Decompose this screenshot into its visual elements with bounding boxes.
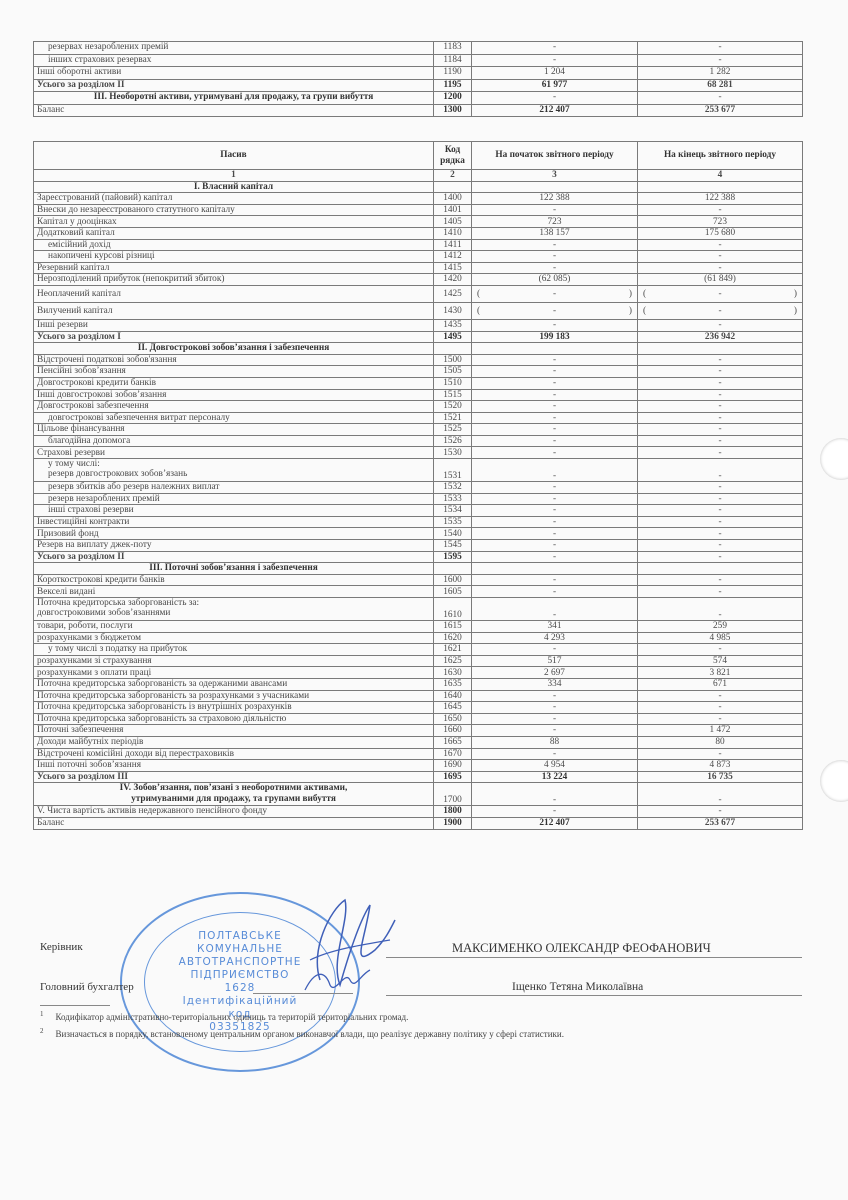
table-row: Довгострокові забезпечення1520-- [34,401,803,413]
value-end: - [638,354,803,366]
value-start: - [472,551,638,563]
column-number: 3 [472,170,638,182]
row-code: 1405 [434,216,472,228]
value-start: (62 085) [472,274,638,286]
value-start: - [472,505,638,517]
value-start [472,343,638,355]
row-code: 1650 [434,713,472,725]
value-end: - [638,713,803,725]
value-end: - [638,516,803,528]
value-start: 1 204 [472,67,638,80]
value-start: - [472,493,638,505]
table-row: у тому числі з податку на прибуток1621-- [34,644,803,656]
footnote-text: Кодифікатор адміністративно-територіальн… [56,1012,409,1022]
value-start: (-) [472,302,638,319]
table-row: Резервний капітал1415-- [34,262,803,274]
row-code: 1660 [434,725,472,737]
row-code: 1200 [434,92,472,105]
value-end: - [638,690,803,702]
row-label: резерв незароблених премій [34,493,434,505]
value-end: - [638,251,803,263]
table-row: Відстрочені податкові зобов'язання1500-- [34,354,803,366]
table-row: Пенсійні зобов’язання1505-- [34,366,803,378]
signature-line [386,957,802,958]
punch-hole [820,760,848,802]
table-row: розрахунками з бюджетом16204 2934 985 [34,632,803,644]
value-start: - [472,262,638,274]
row-label: Поточна кредиторська заборгованість із в… [34,702,434,714]
row-code: 1530 [434,447,472,459]
table-row: накопичені курсові різниці1412-- [34,251,803,263]
column-number: 2 [434,170,472,182]
value-end: - [638,239,803,251]
row-code: 1435 [434,319,472,331]
row-code: 1610 [434,598,472,621]
table-row: Інші довгострокові зобов’язання1515-- [34,389,803,401]
table-row: Інші резерви1435-- [34,319,803,331]
row-code: 1665 [434,736,472,748]
value-start: - [472,377,638,389]
footnote-divider [40,1005,110,1006]
row-code: 1411 [434,239,472,251]
value-end: - [638,401,803,413]
value-start: - [472,354,638,366]
row-label: Баланс [34,104,434,117]
row-label: Усього за розділом II [34,551,434,563]
row-label: Поточна кредиторська заборгованість за р… [34,690,434,702]
value-end: - [638,540,803,552]
row-code: 1410 [434,227,472,239]
row-label: розрахунками з бюджетом [34,632,434,644]
value-end: 671 [638,678,803,690]
value-start: 517 [472,655,638,667]
row-label: Векселі видані [34,586,434,598]
row-code: 1195 [434,79,472,92]
value-start: - [472,586,638,598]
row-label: Цільове фінансування [34,424,434,436]
table-row: резерв збитків або резерв належних випла… [34,482,803,494]
value-end: - [638,493,803,505]
row-label: Інвестиційні контракти [34,516,434,528]
value-start: - [472,366,638,378]
table-row: III. Поточні зобов’язання і забезпечення [34,563,803,575]
row-label: Поточна кредиторська заборгованість за о… [34,678,434,690]
row-label: Поточна кредиторська заборгованість за:д… [34,598,434,621]
row-label: Інші поточні зобов’язання [34,760,434,772]
row-code [434,181,472,193]
table-row: Усього за розділом I1495199 183236 942 [34,331,803,343]
row-code: 1183 [434,42,472,55]
column-number: 1 [34,170,434,182]
table-row: інших страхових резервах1184-- [34,54,803,67]
row-label: Вилучений капітал [34,302,434,319]
table-row: резервах незароблених премій1183-- [34,42,803,55]
row-code [434,563,472,575]
row-code [434,343,472,355]
table-row: Поточна кредиторська заборгованість за:д… [34,598,803,621]
row-label: IV. Зобов’язання, пов’язані з необоротни… [34,783,434,806]
value-start: 341 [472,621,638,633]
value-start: 88 [472,736,638,748]
row-label: Поточна кредиторська заборгованість за с… [34,713,434,725]
value-end: 253 677 [638,104,803,117]
table-row: Страхові резерви1530-- [34,447,803,459]
section-heading: I. Власний капітал [34,181,434,193]
row-code: 1401 [434,204,472,216]
row-code: 1645 [434,702,472,714]
value-end [638,563,803,575]
value-end: 4 873 [638,760,803,772]
row-label: Усього за розділом I [34,331,434,343]
value-end: - [638,551,803,563]
value-end: (-) [638,285,803,302]
footnote-number: 1 [40,1010,44,1018]
table-row: Поточна кредиторська заборгованість за р… [34,690,803,702]
value-end: 122 388 [638,193,803,205]
row-label: емісійний дохід [34,239,434,251]
row-label: III. Необоротні активи, утримувані для п… [34,92,434,105]
row-code: 1690 [434,760,472,772]
row-label: розрахунками зі страхування [34,655,434,667]
footnote-number: 2 [40,1027,44,1035]
row-label: Усього за розділом III [34,771,434,783]
row-code: 1620 [434,632,472,644]
value-start: - [472,528,638,540]
value-start: - [472,447,638,459]
value-start: - [472,702,638,714]
table-row: у тому числі:резерв довгострокових зобов… [34,459,803,482]
row-label: Страхові резерви [34,447,434,459]
row-label: Довгострокові кредити банків [34,377,434,389]
column-number-row: 1 2 3 4 [34,170,803,182]
value-start: - [472,713,638,725]
section-heading: III. Поточні зобов’язання і забезпечення [34,563,434,575]
value-start: - [472,459,638,482]
head-name: МАКСИМЕНКО ОЛЕКСАНДР ФЕОФАНОВИЧ [452,941,711,956]
accountant-label: Головний бухгалтер [40,981,134,993]
value-end: - [638,435,803,447]
row-code: 1430 [434,302,472,319]
value-end: - [638,262,803,274]
table-row: V. Чиста вартість активів недержавного п… [34,806,803,818]
value-end: - [638,92,803,105]
value-start: - [472,319,638,331]
row-code: 1540 [434,528,472,540]
header-code: Код рядка [434,142,472,170]
value-end: - [638,459,803,482]
row-code: 1695 [434,771,472,783]
table-row: резерв незароблених премій1533-- [34,493,803,505]
value-end: - [638,389,803,401]
value-end: - [638,42,803,55]
row-label: інші страхові резерви [34,505,434,517]
value-start: - [472,389,638,401]
table-row: Доходи майбутніх періодів16658880 [34,736,803,748]
value-end: 236 942 [638,331,803,343]
table-row: розрахунками зі страхування1625517574 [34,655,803,667]
footnote-text: Визначається в порядку, встановленому це… [56,1029,564,1039]
row-label: Доходи майбутніх періодів [34,736,434,748]
table-row: Довгострокові кредити банків1510-- [34,377,803,389]
row-label: товари, роботи, послуги [34,621,434,633]
row-code: 1533 [434,493,472,505]
row-label: Баланс [34,817,434,829]
value-end: 175 680 [638,227,803,239]
value-start: 199 183 [472,331,638,343]
value-end: (61 849) [638,274,803,286]
row-code: 1420 [434,274,472,286]
row-code: 1515 [434,389,472,401]
row-label: Пенсійні зобов’язання [34,366,434,378]
value-end: - [638,598,803,621]
row-label: Інші резерви [34,319,434,331]
row-code: 1300 [434,104,472,117]
value-start: 212 407 [472,104,638,117]
value-end: 253 677 [638,817,803,829]
header-liabilities: Пасив [34,142,434,170]
value-start: - [472,690,638,702]
value-start: - [472,725,638,737]
header-end-period: На кінець звітного періоду [638,142,803,170]
row-code: 1595 [434,551,472,563]
value-end: 574 [638,655,803,667]
table-row: Поточна кредиторська заборгованість за о… [34,678,803,690]
row-code: 1500 [434,354,472,366]
table-row: II. Довгострокові зобов’язання і забезпе… [34,343,803,355]
row-code: 1800 [434,806,472,818]
value-end [638,181,803,193]
table-row: емісійний дохід1411-- [34,239,803,251]
row-code: 1400 [434,193,472,205]
table-row: Відстрочені комісійні доходи від перестр… [34,748,803,760]
value-end: 68 281 [638,79,803,92]
table-row: Нерозподілений прибуток (непокритий збит… [34,274,803,286]
assets-tail-table: резервах незароблених премій1183--інших … [33,41,803,117]
value-start: - [472,598,638,621]
column-number: 4 [638,170,803,182]
value-end: - [638,319,803,331]
table-row: Усього за розділом II119561 97768 281 [34,79,803,92]
value-end: 1 472 [638,725,803,737]
row-code: 1190 [434,67,472,80]
row-code: 1621 [434,644,472,656]
row-code: 1525 [434,424,472,436]
row-label: Інші оборотні активи [34,67,434,80]
row-label: Капітал у дооцінках [34,216,434,228]
value-end: - [638,505,803,517]
row-label: Довгострокові забезпечення [34,401,434,413]
table-row: Додатковий капітал1410138 157175 680 [34,227,803,239]
value-start: - [472,42,638,55]
value-end: - [638,377,803,389]
row-label: Відстрочені комісійні доходи від перестр… [34,748,434,760]
value-end: 1 282 [638,67,803,80]
value-start: - [472,644,638,656]
row-code: 1510 [434,377,472,389]
value-end: - [638,748,803,760]
value-end: 723 [638,216,803,228]
row-label: резерв збитків або резерв належних випла… [34,482,434,494]
row-label: довгострокові забезпечення витрат персон… [34,412,434,424]
row-label: накопичені курсові різниці [34,251,434,263]
table-row: III. Необоротні активи, утримувані для п… [34,92,803,105]
row-label: Поточні забезпечення [34,725,434,737]
value-start: (-) [472,285,638,302]
row-label: Внески до незареєстрованого статутного к… [34,204,434,216]
row-label: у тому числі з податку на прибуток [34,644,434,656]
table-row: Інвестиційні контракти1535-- [34,516,803,528]
value-start: 13 224 [472,771,638,783]
table-header-row: Пасив Код рядка На початок звітного пері… [34,142,803,170]
table-row: Капітал у дооцінках1405723723 [34,216,803,228]
table-row: Короткострокові кредити банків1600-- [34,574,803,586]
value-start [472,181,638,193]
value-end: - [638,528,803,540]
row-label: Короткострокові кредити банків [34,574,434,586]
value-start: - [472,516,638,528]
value-end: - [638,574,803,586]
row-code: 1495 [434,331,472,343]
row-code: 1520 [434,401,472,413]
liabilities-table: Пасив Код рядка На початок звітного пері… [33,141,803,830]
row-code: 1900 [434,817,472,829]
value-end [638,343,803,355]
row-code: 1531 [434,459,472,482]
value-start: 4 954 [472,760,638,772]
value-end: - [638,424,803,436]
value-end: 3 821 [638,667,803,679]
table-row: довгострокові забезпечення витрат персон… [34,412,803,424]
value-end: 259 [638,621,803,633]
value-end: 80 [638,736,803,748]
table-row: Інші поточні зобов’язання16904 9544 873 [34,760,803,772]
punch-hole [820,438,848,480]
value-start: 212 407 [472,817,638,829]
row-label: розрахунками з оплати праці [34,667,434,679]
row-label: у тому числі:резерв довгострокових зобов… [34,459,434,482]
value-end: 16 735 [638,771,803,783]
value-start: 334 [472,678,638,690]
row-code: 1700 [434,783,472,806]
table-row: Резерв на виплату джек-поту1545-- [34,540,803,552]
value-start [472,563,638,575]
table-row: розрахунками з оплати праці16302 6973 82… [34,667,803,679]
table-row: Зареєстрований (пайовий) капітал1400122 … [34,193,803,205]
row-label: інших страхових резервах [34,54,434,67]
row-code: 1615 [434,621,472,633]
table-row: благодійна допомога1526-- [34,435,803,447]
table-row: Інші оборотні активи11901 2041 282 [34,67,803,80]
table-row: Поточні забезпечення1660-1 472 [34,725,803,737]
value-end: - [638,644,803,656]
row-code: 1415 [434,262,472,274]
value-end: - [638,412,803,424]
row-label: V. Чиста вартість активів недержавного п… [34,806,434,818]
value-start: - [472,401,638,413]
table-row: Цільове фінансування1525-- [34,424,803,436]
row-code: 1635 [434,678,472,690]
table-row: товари, роботи, послуги1615341259 [34,621,803,633]
row-label: Нерозподілений прибуток (непокритий збит… [34,274,434,286]
value-start: - [472,54,638,67]
row-label: Додатковий капітал [34,227,434,239]
signature-line [386,995,802,996]
value-start: - [472,204,638,216]
footnote-1: 1Кодифікатор адміністративно-територіаль… [40,1010,408,1022]
table-row: Поточна кредиторська заборгованість із в… [34,702,803,714]
row-label: Резервний капітал [34,262,434,274]
value-start: - [472,540,638,552]
table-row: Баланс1900212 407253 677 [34,817,803,829]
value-start: 2 697 [472,667,638,679]
head-label: Керівник [40,941,83,953]
table-row: Векселі видані1605-- [34,586,803,598]
row-code: 1640 [434,690,472,702]
value-start: - [472,806,638,818]
table-row: Призовий фонд1540-- [34,528,803,540]
value-start: - [472,482,638,494]
value-start: - [472,574,638,586]
table-row: I. Власний капітал [34,181,803,193]
row-label: Відстрочені податкові зобов'язання [34,354,434,366]
table-row: IV. Зобов’язання, пов’язані з необоротни… [34,783,803,806]
value-end: - [638,702,803,714]
value-start: 723 [472,216,638,228]
value-end: - [638,806,803,818]
value-start: - [472,92,638,105]
row-code: 1412 [434,251,472,263]
value-start: 122 388 [472,193,638,205]
value-end: - [638,54,803,67]
accountant-name: Іщенко Тетяна Миколаївна [512,981,643,993]
section-heading: II. Довгострокові зобов’язання і забезпе… [34,343,434,355]
signature-line [253,993,353,994]
value-start: - [472,424,638,436]
row-code: 1505 [434,366,472,378]
table-row: Баланс1300212 407253 677 [34,104,803,117]
row-code: 1630 [434,667,472,679]
value-end: (-) [638,302,803,319]
row-code: 1534 [434,505,472,517]
row-code: 1526 [434,435,472,447]
row-code: 1670 [434,748,472,760]
table-row: Неоплачений капітал1425(-)(-) [34,285,803,302]
table-row: інші страхові резерви1534-- [34,505,803,517]
header-start-period: На початок звітного періоду [472,142,638,170]
row-label: Неоплачений капітал [34,285,434,302]
value-start: - [472,239,638,251]
value-start: 61 977 [472,79,638,92]
row-code: 1521 [434,412,472,424]
table-row: Усього за розділом II1595-- [34,551,803,563]
value-end: - [638,366,803,378]
value-start: 4 293 [472,632,638,644]
row-label: Призовий фонд [34,528,434,540]
table-row: Внески до незареєстрованого статутного к… [34,204,803,216]
value-start: - [472,412,638,424]
table-row: Вилучений капітал1430(-)(-) [34,302,803,319]
row-label: Зареєстрований (пайовий) капітал [34,193,434,205]
row-code: 1425 [434,285,472,302]
value-start: 138 157 [472,227,638,239]
value-start: - [472,251,638,263]
value-end: - [638,783,803,806]
row-label: Резерв на виплату джек-поту [34,540,434,552]
value-start: - [472,748,638,760]
row-label: Інші довгострокові зобов’язання [34,389,434,401]
value-end: - [638,586,803,598]
value-start: - [472,435,638,447]
